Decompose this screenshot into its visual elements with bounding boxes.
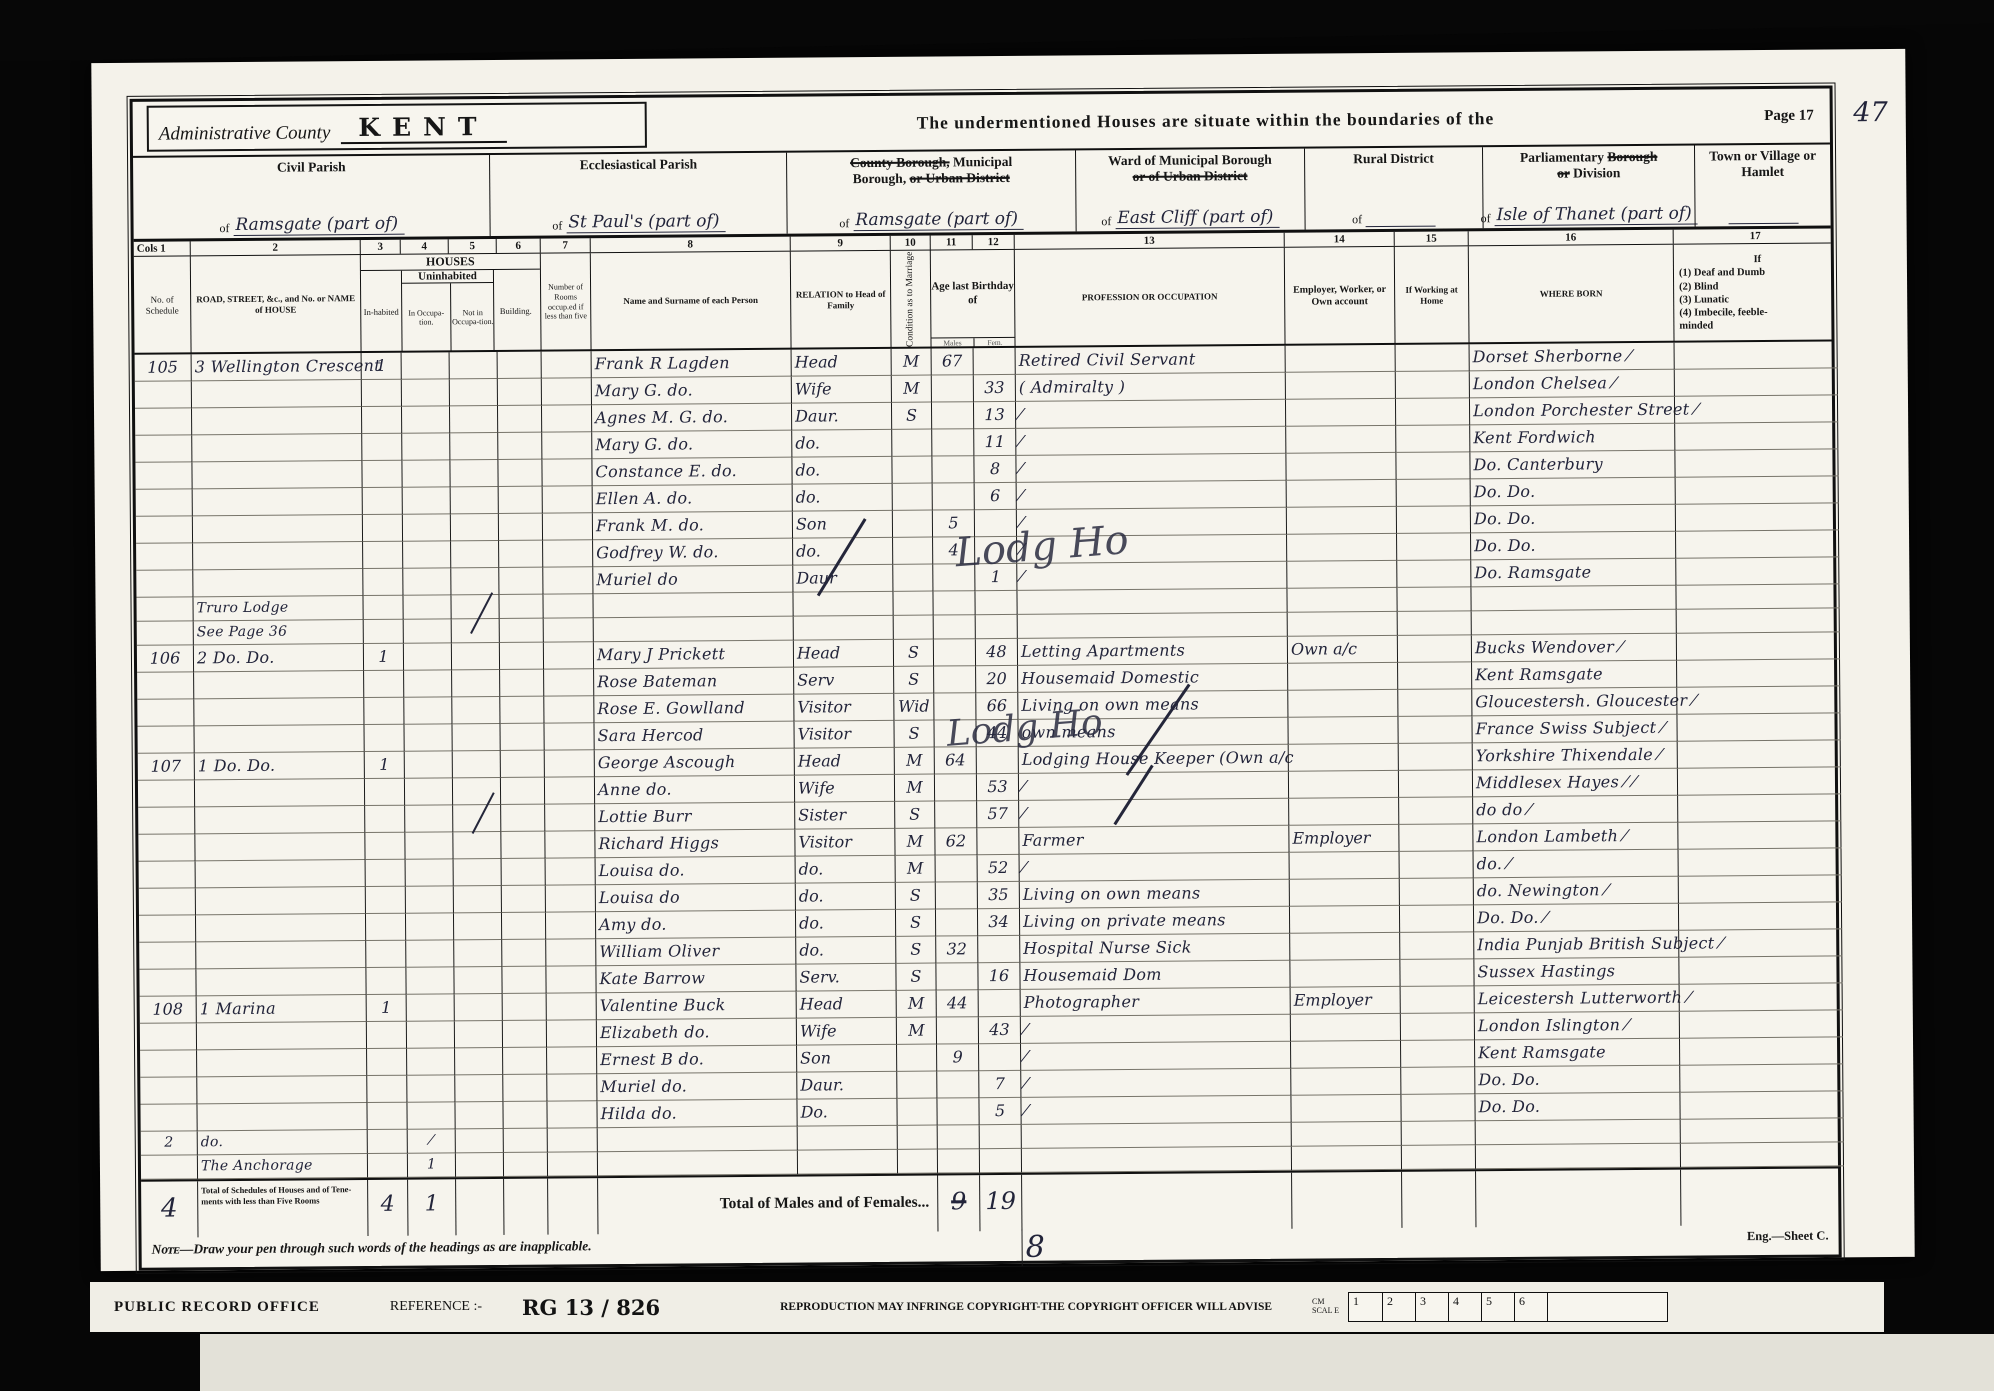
headings-note: Nᴏᴛᴇ—Draw your pen through such words of… (152, 1238, 592, 1257)
cell-rooms (541, 405, 591, 432)
cell-uninh-not (449, 406, 497, 433)
cell-at-home (1398, 797, 1472, 825)
column-number: 9 (790, 236, 890, 251)
cell-road (192, 488, 362, 516)
cell-uninh-occ (403, 619, 451, 643)
cell-condition: M (891, 349, 931, 376)
total-females: 19 (979, 1175, 1021, 1231)
cell-uninh-not (453, 886, 501, 913)
cell-infirmity (1674, 368, 1838, 396)
cell-uninh-occ (405, 940, 453, 967)
cell-inh (362, 488, 402, 515)
cell-road (191, 380, 361, 408)
cell-schedule: 2 (141, 1131, 197, 1155)
district-value: ofEast Cliff (part of) (1080, 207, 1300, 230)
cell-condition (892, 484, 932, 511)
cell-employer (1286, 480, 1396, 508)
cell-condition (896, 1072, 936, 1099)
cell-condition: S (895, 883, 935, 910)
cell-condition: M (894, 829, 934, 856)
cell-name (597, 1127, 797, 1153)
cell-age-f: 5 (978, 1098, 1020, 1125)
cell-age-m (936, 1017, 978, 1044)
cell-rooms (547, 1128, 597, 1152)
district-header-strip: Civil ParishofRamsgate (part of)Ecclesia… (133, 144, 1831, 241)
cell-occupation: Living on own means (1017, 691, 1287, 720)
cell-schedule (140, 1023, 196, 1050)
cell-age-m (931, 429, 973, 456)
cell-occupation: Living on private means (1019, 907, 1289, 936)
col-infirmity-label: If(1) Deaf and Dumb(2) Blind(3) Lunatic(… (1673, 243, 1838, 342)
cell-occupation: Lodging House Keeper (Own a/c (1018, 745, 1288, 774)
col-condition-label: Condition as to Marriage (890, 251, 931, 349)
cell-building (500, 778, 544, 805)
total-males: 9 (937, 1175, 979, 1231)
cell-occupation: Retired Civil Servant (1015, 346, 1285, 375)
cell-age-f: 11 (973, 429, 1015, 456)
cell-where-born: Kent Ramsgate (1471, 661, 1676, 690)
cell-uninh-occ (404, 832, 452, 859)
district-col-2: County Borough, MunicipalBorough, or Urb… (786, 150, 1075, 233)
cell-uninh-occ (402, 595, 450, 619)
cell-schedule: 108 (140, 996, 196, 1023)
reference-number: RG 13 / 826 (522, 1295, 660, 1320)
situate-line: The undermentioned Houses are situate wi… (647, 106, 1765, 136)
cell-name: Rose E. Gowlland (593, 695, 793, 724)
cell-at-home (1398, 824, 1472, 852)
cell-inh (362, 596, 402, 620)
cell-at-home (1397, 662, 1471, 690)
cell-at-home (1399, 851, 1473, 879)
cell-age-f (979, 1149, 1021, 1173)
cell-name: Agnes M. G. do. (591, 404, 791, 433)
cell-at-home (1396, 506, 1470, 534)
age-title: Age last Birthday of (931, 250, 1015, 338)
cell-relation: Daur (792, 565, 892, 593)
cell-uninh-not (451, 724, 499, 751)
cell-building (500, 751, 544, 778)
cell-infirmity (1679, 1091, 1843, 1119)
cell-condition (892, 592, 932, 616)
cell-uninh-not (450, 541, 498, 568)
cell-where-born: France Swiss Subject ⁄ (1471, 715, 1676, 744)
cell-occupation: Hospital Nurse Sick (1019, 934, 1289, 963)
cell-rooms (545, 885, 595, 912)
cell-age-f: 48 (975, 639, 1017, 666)
cell-inh: 1 (361, 353, 401, 380)
cell-relation: do. (792, 538, 892, 566)
cell-inh: 1 (364, 752, 404, 779)
cell-age-f: 20 (975, 666, 1017, 693)
cell-age-f (976, 747, 1018, 774)
cell-infirmity (1677, 821, 1841, 849)
col-relation-label: RELATION to Head of Family (790, 251, 891, 349)
cell-inh (366, 1076, 406, 1103)
film-frame-number: 47 (1853, 97, 1888, 128)
cell-uninh-occ (403, 643, 451, 670)
cell-uninh-not (451, 670, 499, 697)
cell-uninh-not (454, 1102, 502, 1129)
column-number: 7 (540, 238, 590, 252)
cell-name: George Ascough (594, 749, 794, 778)
cell-where-born: London Islington ⁄ (1474, 1012, 1679, 1041)
cell-building (502, 1102, 546, 1129)
cell-occupation: ⁄ (1016, 535, 1286, 564)
cell-employer (1285, 453, 1395, 481)
district-col-6: Town or Village or Hamlet (1694, 144, 1830, 226)
cell-age-f: 1 (974, 564, 1016, 591)
cell-uninh-occ (401, 406, 449, 433)
cell-condition (892, 538, 932, 565)
cell-employer (1285, 399, 1395, 427)
cell-name: Mary J Prickett (593, 641, 793, 670)
column-number: 3 (360, 240, 400, 254)
cell-relation: Head (796, 991, 896, 1019)
column-number: Cols 1 (134, 241, 190, 255)
cell-age-m (933, 666, 975, 693)
cell-age-m: 64 (934, 747, 976, 774)
cell-building (502, 1075, 546, 1102)
cell-building (501, 913, 545, 940)
cell-at-home (1400, 1094, 1474, 1122)
cell-rooms (545, 912, 595, 939)
ruler-cm-mark: 3 (1415, 1293, 1448, 1321)
cell-uninh-occ (406, 1102, 454, 1129)
ruler-cm-mark: 5 (1481, 1293, 1514, 1321)
district-col-5: Parliamentary Boroughor DivisionofIsle o… (1482, 146, 1695, 229)
cell-condition (891, 457, 931, 484)
cell-building (499, 724, 543, 751)
cell-road: 3 Wellington Crescent (191, 353, 361, 381)
cell-infirmity (1678, 848, 1842, 876)
cell-relation: Serv. (795, 964, 895, 992)
cell-age-f (974, 510, 1016, 537)
cell-rooms (543, 723, 593, 750)
cell-uninh-not (453, 967, 501, 994)
cell-relation: do. (791, 430, 891, 458)
cell-employer (1286, 534, 1396, 562)
cell-infirmity (1678, 929, 1842, 957)
cell-name (593, 617, 793, 643)
cell-where-born: Do. Do. (1474, 1093, 1679, 1122)
column-number: 10 (890, 236, 930, 250)
cell-employer (1290, 1095, 1400, 1123)
cell-uninh-occ (406, 1048, 454, 1075)
cell-occupation: ⁄ (1020, 1042, 1290, 1071)
cell-age-f (973, 348, 1015, 375)
cell-occupation: ⁄ (1015, 427, 1285, 456)
cell-infirmity (1675, 557, 1839, 585)
cell-at-home (1396, 533, 1470, 561)
col-building-label: Building. (493, 270, 538, 352)
cell-employer (1290, 1014, 1400, 1042)
cell-name: William Oliver (595, 938, 795, 967)
cell-age-f: 16 (977, 963, 1019, 990)
cell-infirmity (1678, 902, 1842, 930)
cell-age-m (937, 1125, 979, 1149)
cell-age-m (932, 591, 974, 615)
cell-condition: S (891, 403, 931, 430)
cell-uninh-occ (402, 568, 450, 595)
cell-at-home (1395, 425, 1469, 453)
cell-schedule (138, 780, 194, 807)
cell-age-m: 5 (932, 510, 974, 537)
col-name-label: Name and Surname of each Person (590, 252, 791, 351)
cell-road: 1 Do. Do. (194, 752, 364, 780)
column-number: 15 (1394, 231, 1468, 246)
cell-rooms (544, 804, 594, 831)
cell-age-m (931, 402, 973, 429)
cell-road: Truro Lodge (192, 596, 362, 621)
uninhabited-title: Uninhabited (402, 270, 493, 284)
cm-ruler: 123456 (1348, 1292, 1668, 1322)
cell-rooms (546, 1047, 596, 1074)
col-road-label: ROAD, STREET, &c., and No. or NAME of HO… (190, 255, 361, 354)
cell-schedule (136, 570, 192, 597)
cell-relation: do. (795, 883, 895, 911)
cell-uninh-not (451, 643, 499, 670)
cell-schedule (139, 942, 195, 969)
cell-condition (896, 1099, 936, 1126)
cell-schedule (140, 1050, 196, 1077)
cell-occupation: ⁄ (1016, 562, 1286, 591)
cell-at-home (1399, 878, 1473, 906)
cell-where-born (1470, 586, 1675, 612)
district-value: ofRamsgate (part of) (792, 208, 1072, 231)
cell-infirmity (1675, 476, 1839, 504)
cell-age-f: 8 (973, 456, 1015, 483)
cell-inh (365, 968, 405, 995)
cell-building (503, 1153, 547, 1177)
col-where-born-label: WHERE BORN (1468, 245, 1674, 344)
cell-road (196, 1049, 366, 1077)
cell-where-born (1471, 610, 1676, 636)
cell-condition: M (894, 748, 934, 775)
cell-inh (363, 620, 403, 644)
cell-at-home (1400, 1067, 1474, 1095)
cell-building (501, 967, 545, 994)
cell-inh (366, 1022, 406, 1049)
pro-office-label: PUBLIC RECORD OFFICE (114, 1299, 320, 1316)
cell-infirmity (1676, 608, 1840, 633)
cell-rooms (542, 567, 592, 594)
cell-at-home (1400, 1040, 1474, 1068)
cell-building (501, 886, 545, 913)
cell-employer (1289, 852, 1399, 880)
cell-age-f: 35 (977, 882, 1019, 909)
cell-infirmity (1674, 395, 1838, 423)
cell-condition: S (895, 910, 935, 937)
cell-uninh-occ (401, 352, 449, 379)
cell-building (497, 406, 541, 433)
cell-occupation (1017, 613, 1287, 639)
cell-uninh-not (452, 778, 500, 805)
ruler-cm-mark: 2 (1382, 1293, 1415, 1321)
houses-title: HOUSES (361, 254, 540, 271)
census-scan: 47 Administrative County KENT The underm… (0, 0, 1994, 1391)
cell-inh (364, 833, 404, 860)
cell-schedule (139, 888, 195, 915)
cell-rooms (546, 1074, 596, 1101)
col-profession-label: PROFESSION OR OCCUPATION (1014, 248, 1285, 347)
col-inhabited-label: In-habited (361, 271, 402, 353)
cell-uninh-not (455, 1129, 503, 1153)
cell-name: Ernest B do. (596, 1046, 796, 1075)
cell-uninh-not (450, 487, 498, 514)
cell-employer (1289, 960, 1399, 988)
cell-condition (892, 511, 932, 538)
column-number: 6 (496, 239, 540, 253)
cell-age-f (978, 990, 1020, 1017)
column-number: 11 (930, 235, 972, 249)
cell-name: Sara Hercod (593, 722, 793, 751)
cell-schedule (136, 543, 192, 570)
cell-occupation: Living on own means (1019, 880, 1289, 909)
cell-infirmity (1679, 983, 1843, 1011)
column-number: 2 (190, 240, 360, 255)
cell-occupation: ⁄ (1016, 508, 1286, 537)
cell-employer: Employer (1290, 987, 1400, 1015)
cell-age-m (934, 801, 976, 828)
census-sheet: 47 Administrative County KENT The underm… (91, 49, 1914, 1271)
cell-schedule (136, 489, 192, 516)
cell-uninh-not (450, 514, 498, 541)
cell-uninh-occ (404, 805, 452, 832)
cell-at-home (1398, 743, 1472, 771)
cell-uninh-occ (401, 379, 449, 406)
cell-inh (365, 860, 405, 887)
cell-condition: M (896, 1018, 936, 1045)
cell-inh (363, 671, 403, 698)
cell-age-f: 43 (978, 1017, 1020, 1044)
cell-employer (1287, 612, 1397, 637)
cell-employer (1285, 345, 1395, 373)
sheet-label: Eng.—Sheet C. (1747, 1229, 1829, 1246)
cell-occupation: Farmer (1018, 826, 1288, 855)
cell-uninh-not (449, 433, 497, 460)
cell-inh: 1 (363, 644, 403, 671)
cell-at-home (1399, 932, 1473, 960)
district-label: Civil Parish (133, 158, 489, 176)
total-uninhabited: 1 (407, 1179, 455, 1235)
cell-employer (1289, 879, 1399, 907)
cell-inh (363, 698, 403, 725)
cell-occupation: ⁄ (1015, 454, 1285, 483)
cell-building (498, 541, 542, 568)
cell-at-home (1401, 1145, 1475, 1170)
cell-age-m (931, 375, 973, 402)
cell-road: 1 Marina (196, 995, 366, 1023)
cell-relation (792, 592, 892, 617)
ruler-cm-mark: 1 (1349, 1293, 1382, 1321)
cell-relation: do. (795, 937, 895, 965)
cell-age-m (933, 720, 975, 747)
cell-where-born: Kent Fordwich (1469, 424, 1674, 453)
cell-at-home (1395, 398, 1469, 426)
cell-age-m (932, 564, 974, 591)
cell-road (191, 434, 361, 462)
cell-condition: S (893, 721, 933, 748)
cell-uninh-occ (405, 967, 453, 994)
cell-road (195, 914, 365, 942)
cell-rooms (543, 696, 593, 723)
cell-name (597, 1151, 797, 1177)
cell-condition: M (895, 856, 935, 883)
reference-label: REFERENCE :- (390, 1299, 482, 1315)
cell-age-f: 53 (976, 774, 1018, 801)
cell-uninh-not (453, 859, 501, 886)
cell-relation: Wife (794, 775, 894, 803)
cell-occupation: ⁄ (1018, 799, 1288, 828)
cell-where-born: do. Newington ⁄ (1473, 877, 1678, 906)
cell-where-born: Do. Do. (1474, 1066, 1679, 1095)
cell-where-born: do do ⁄ (1472, 796, 1677, 825)
cell-building (500, 805, 544, 832)
cell-where-born: London Lambeth ⁄ (1472, 823, 1677, 852)
cell-employer (1285, 426, 1395, 454)
cell-name: Anne do. (594, 776, 794, 805)
cell-relation: Head (794, 748, 894, 776)
cell-building (500, 832, 544, 859)
cell-relation: Head (791, 349, 891, 377)
cell-uninh-occ (402, 514, 450, 541)
cell-relation: Wife (796, 1018, 896, 1046)
cell-age-f: 57 (976, 801, 1018, 828)
district-col-0: Civil ParishofRamsgate (part of) (133, 155, 490, 239)
cell-age-f: 7 (978, 1071, 1020, 1098)
cell-age-f (979, 1125, 1021, 1149)
cell-where-born: Gloucestersh. Gloucester ⁄ (1471, 688, 1676, 717)
cell-inh (362, 569, 402, 596)
ruler-cm-mark: 4 (1448, 1293, 1481, 1321)
county-stamp: KENT (340, 112, 506, 144)
cell-relation: Serv (793, 667, 893, 695)
cell-building (498, 487, 542, 514)
scan-artifact-bottom-left (0, 1334, 200, 1391)
cell-rooms (543, 642, 593, 669)
cell-uninh-not (450, 568, 498, 595)
cell-building (501, 859, 545, 886)
cell-age-f: 6 (974, 483, 1016, 510)
cell-inh: 1 (366, 995, 406, 1022)
administrative-county-label: Administrative County (159, 122, 331, 145)
cell-schedule (140, 1104, 196, 1131)
cell-road (196, 1103, 366, 1131)
cell-infirmity (1676, 632, 1840, 660)
cell-at-home (1399, 905, 1473, 933)
cell-occupation: ⁄ (1019, 853, 1289, 882)
cell-relation: Son (796, 1045, 896, 1073)
cell-name (592, 593, 792, 619)
cell-name: Frank M. do. (592, 512, 792, 541)
cell-road (193, 671, 363, 699)
cell-name: Kate Barrow (595, 965, 795, 994)
district-label: Town or Village or Hamlet (1695, 147, 1830, 179)
cell-infirmity (1678, 956, 1842, 984)
col-at-home-label: If Working at Home (1394, 246, 1469, 344)
cell-condition: S (895, 964, 935, 991)
cell-road (196, 1076, 366, 1104)
cell-building (497, 352, 541, 379)
cell-rooms (542, 486, 592, 513)
age-males-label: Males (931, 338, 973, 347)
cell-rooms (544, 777, 594, 804)
cell-road: The Anchorage (197, 1154, 367, 1179)
cell-rooms (542, 594, 592, 618)
cell-where-born: Sussex Hastings (1473, 958, 1678, 987)
ruler-cm-mark: 6 (1514, 1293, 1547, 1321)
column-number: 5 (448, 239, 496, 253)
